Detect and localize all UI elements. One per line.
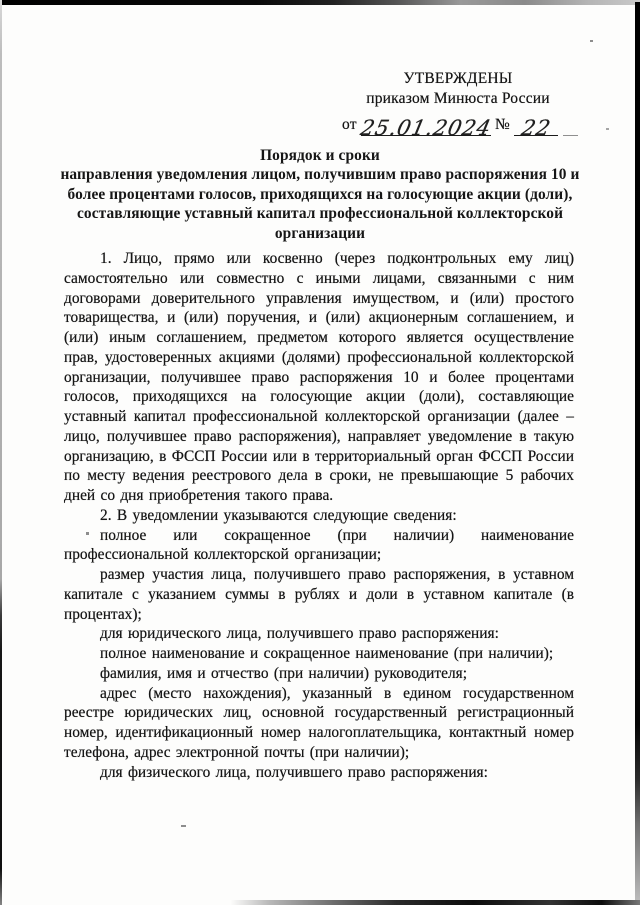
scanned-document-page: УТВЕРЖДЕНЫ приказом Минюста России от 25… [0,0,640,905]
document-title-rest: направления уведомления лицом, получивши… [60,165,580,243]
document-title-line1: Порядок и сроки [60,146,580,165]
paragraph-4: размер участия лица, получившего право р… [64,565,574,624]
paragraph-3: полное или сокращенное (при наличии) наи… [64,526,574,566]
paragraph-1: 1. Лицо, прямо или косвенно (через подко… [64,249,574,506]
scan-edge-top [0,0,640,5]
approval-date-underline: 25.01.2024 [361,111,491,136]
approval-from-label: от [338,115,361,136]
approval-block: УТВЕРЖДЕНЫ приказом Минюста России от 25… [338,69,578,136]
document-title: Порядок и сроки направления уведомления … [60,146,580,243]
scan-edge-bottom [0,900,640,905]
document-body: 1. Лицо, прямо или косвенно (через подко… [64,249,574,782]
paragraph-5: для юридического лица, получившего право… [64,624,574,644]
approval-number-underline: 22 [514,111,558,136]
paragraph-8: адрес (место нахождения), указанный в ед… [64,684,574,763]
approval-underline-tail [563,115,578,136]
scan-speck [181,825,186,827]
paragraph-2: 2. В уведомлении указываются следующие с… [64,506,574,526]
scan-edge-right [635,2,640,905]
paragraph-6: полное наименование и сокращенное наимен… [64,644,574,664]
approval-approved-label: УТВЕРЖДЕНЫ [338,69,578,89]
scan-edge-left [0,0,2,905]
approval-date-handwritten: 25.01.2024 [359,118,494,138]
approval-number-handwritten: 22 [520,118,553,138]
approval-date-number-row: от 25.01.2024 № 22 [338,111,578,136]
paragraph-7: фамилия, имя и отчество (при наличии) ру… [64,664,574,684]
paragraph-9: для физического лица, получившего право … [64,763,574,783]
scan-speck [590,40,593,42]
approval-order-label: приказом Минюста России [338,89,578,109]
approval-number-sign: № [491,115,514,136]
scan-speck [606,128,609,130]
